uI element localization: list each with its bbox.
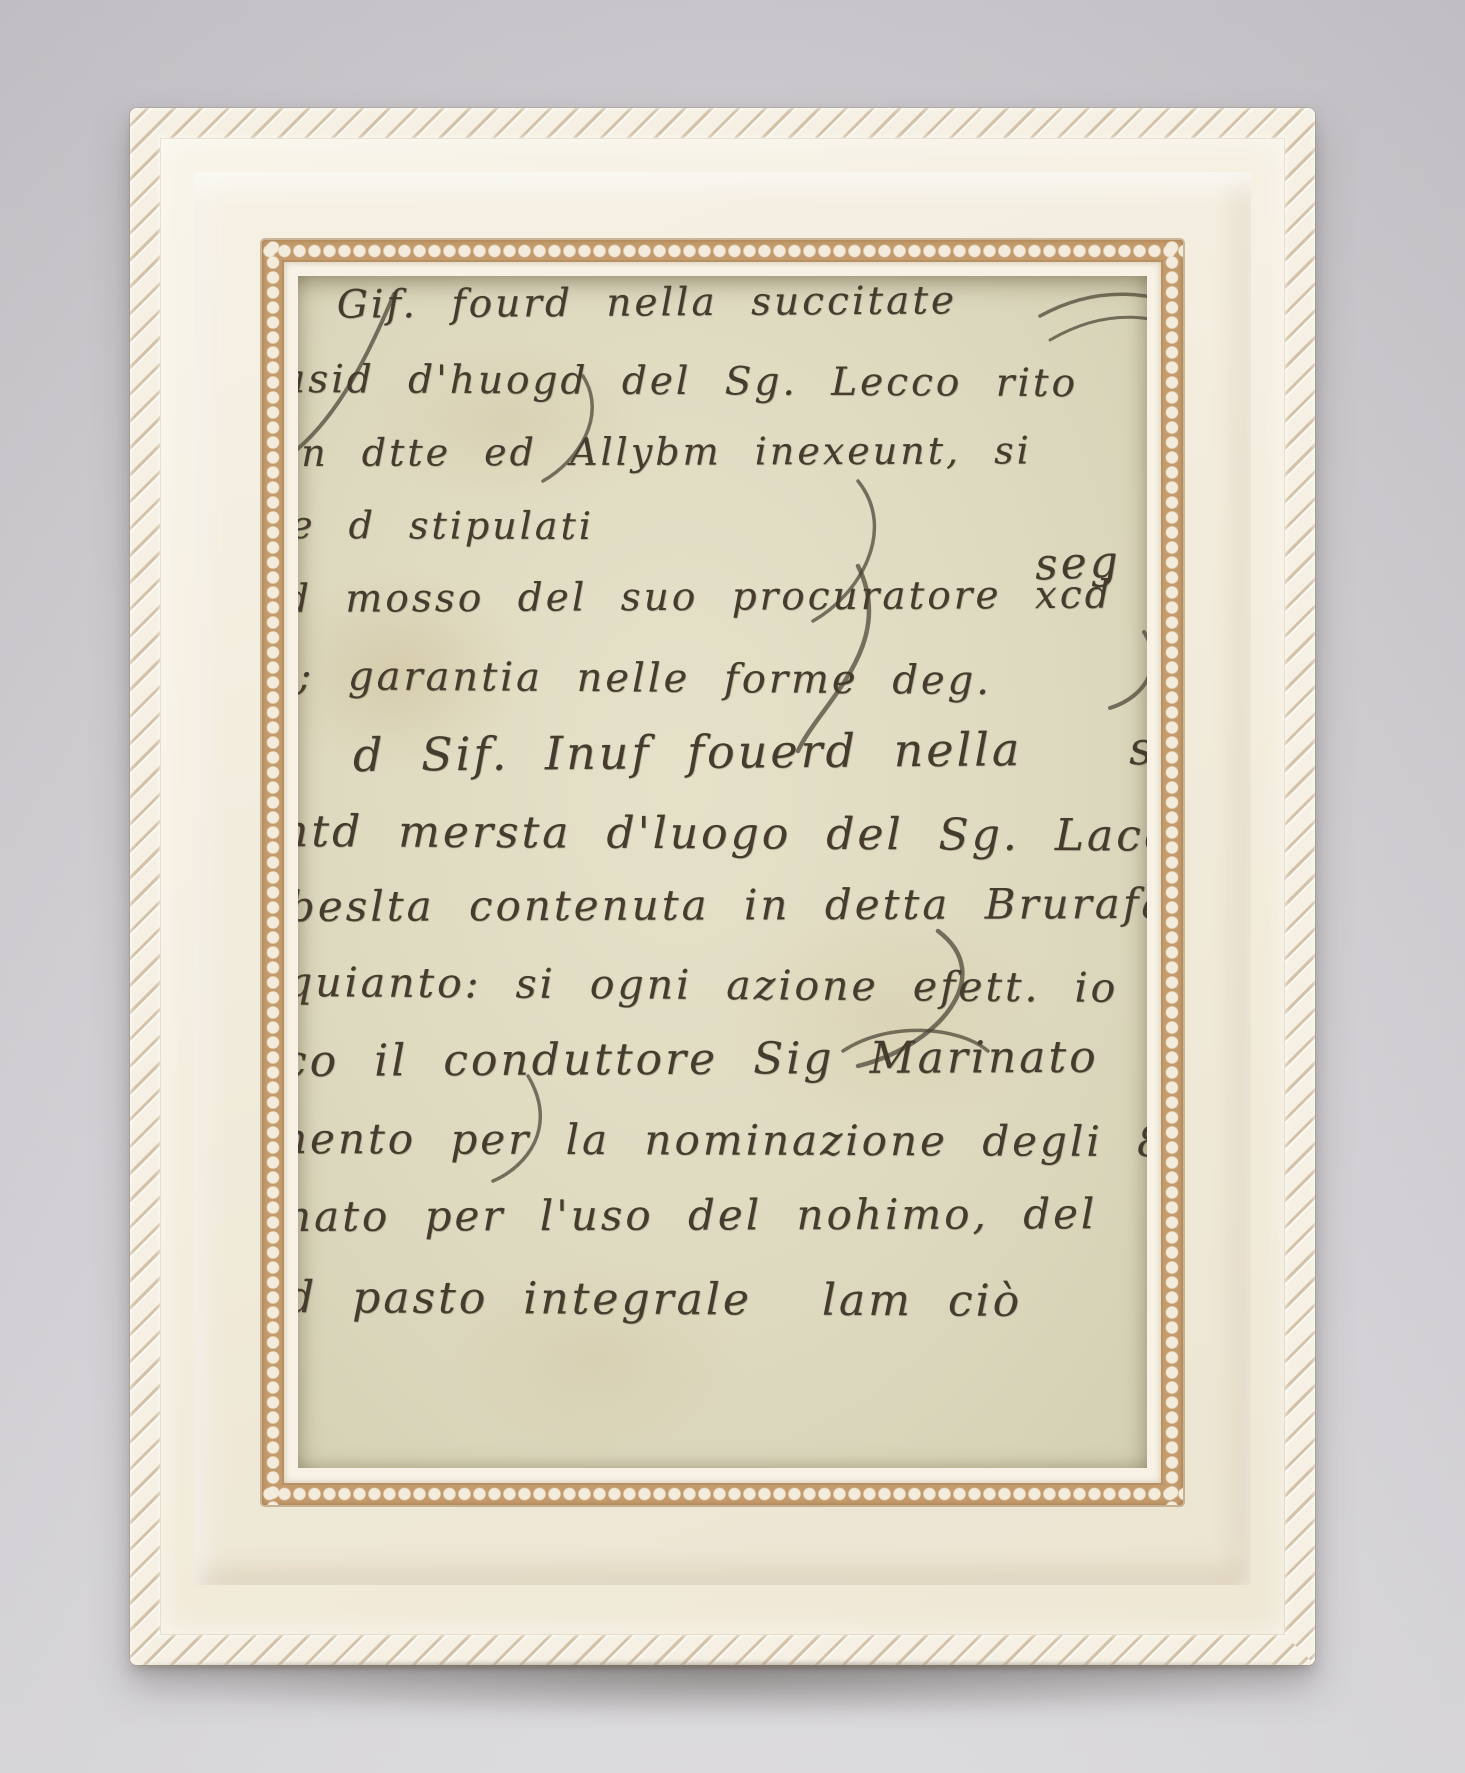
script-line: asid d'huogd del Sg. Lecco rito fu	[298, 360, 1147, 404]
script-line: i; garantia nelle forme deg.	[298, 656, 1147, 703]
script-line: co il conduttore Sig Marinato d	[298, 1035, 1147, 1084]
script-line: d Sif. Inuf fouerd nella suc	[353, 724, 1147, 778]
script-line: beslta contenuta in detta Brurafa	[298, 883, 1147, 928]
manuscript-paper: . Gif. fourd nella succitate f asid d'hu…	[298, 276, 1147, 1468]
script-line: e d stipulati	[298, 506, 1147, 547]
script-line: nato per l'uso del nohimo, del ic	[298, 1193, 1147, 1238]
bead-row-right	[1161, 240, 1183, 1505]
rope-border-right	[1285, 108, 1315, 1665]
rope-border-left	[130, 108, 160, 1665]
photo-scene: . Gif. fourd nella succitate f asid d'hu…	[0, 0, 1465, 1773]
bead-row-left	[262, 240, 284, 1505]
script-line: ntd mersta d'luogo del Sg. Lace	[298, 810, 1147, 859]
bead-row-top	[262, 240, 1183, 262]
script-line: in dtte ed Allybm inexeunt, si ii	[298, 431, 1147, 472]
script-line: nento per la nominazione degli 8J	[298, 1118, 1147, 1163]
picture-frame: . Gif. fourd nella succitate f asid d'hu…	[130, 108, 1315, 1665]
script-line: . Gif. fourd nella succitate f	[298, 279, 1147, 325]
script-fragment: seg	[1034, 537, 1122, 591]
rope-border-top	[130, 108, 1315, 138]
rope-border-bottom	[130, 1635, 1315, 1665]
script-line: quianto: si ogni azione efett. io a	[298, 962, 1147, 1010]
script-line: d pasto integrale lam ciò s	[298, 1276, 1147, 1325]
script-line: d mosso del suo procuratore xcd a	[298, 575, 1147, 619]
bead-row-bottom	[262, 1483, 1183, 1505]
